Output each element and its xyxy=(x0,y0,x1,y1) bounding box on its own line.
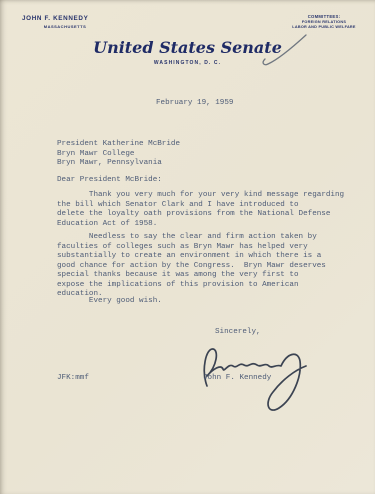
typed-signature-name: John F. Kennedy xyxy=(203,374,271,384)
body-paragraph-2: Needless to say the clear and firm actio… xyxy=(57,233,347,300)
letterhead-sender-name: JOHN F. KENNEDY xyxy=(22,15,88,22)
letterhead-sender-state-wrap: MASSACHUSETTS xyxy=(22,23,108,29)
letterhead-committees: COMMITTEES: FOREIGN RELATIONS LABOR AND … xyxy=(284,14,364,29)
letterhead-sender-state: MASSACHUSETTS xyxy=(22,24,108,29)
committees-label: COMMITTEES: xyxy=(284,14,364,19)
letterhead-org-name: United States Senate xyxy=(0,38,375,57)
letter-page: JOHN F. KENNEDY MASSACHUSETTS COMMITTEES… xyxy=(0,0,375,494)
body-paragraph-1: Thank you very much for your very kind m… xyxy=(57,191,347,229)
recipient-address: President Katherine McBride Bryn Mawr Co… xyxy=(57,140,180,169)
committee-foreign-relations: FOREIGN RELATIONS xyxy=(284,20,364,24)
committee-labor-public-welfare: LABOR AND PUBLIC WELFARE xyxy=(284,25,364,29)
letter-date: February 19, 1959 xyxy=(156,99,233,109)
closing-sentence: Every good wish. xyxy=(57,297,162,307)
reference-initials: JFK:mmf xyxy=(57,374,89,384)
pen-checkmark-mark xyxy=(256,33,310,71)
letterhead-org-city: WASHINGTON, D. C. xyxy=(0,60,375,66)
salutation: Dear President McBride: xyxy=(57,176,162,186)
